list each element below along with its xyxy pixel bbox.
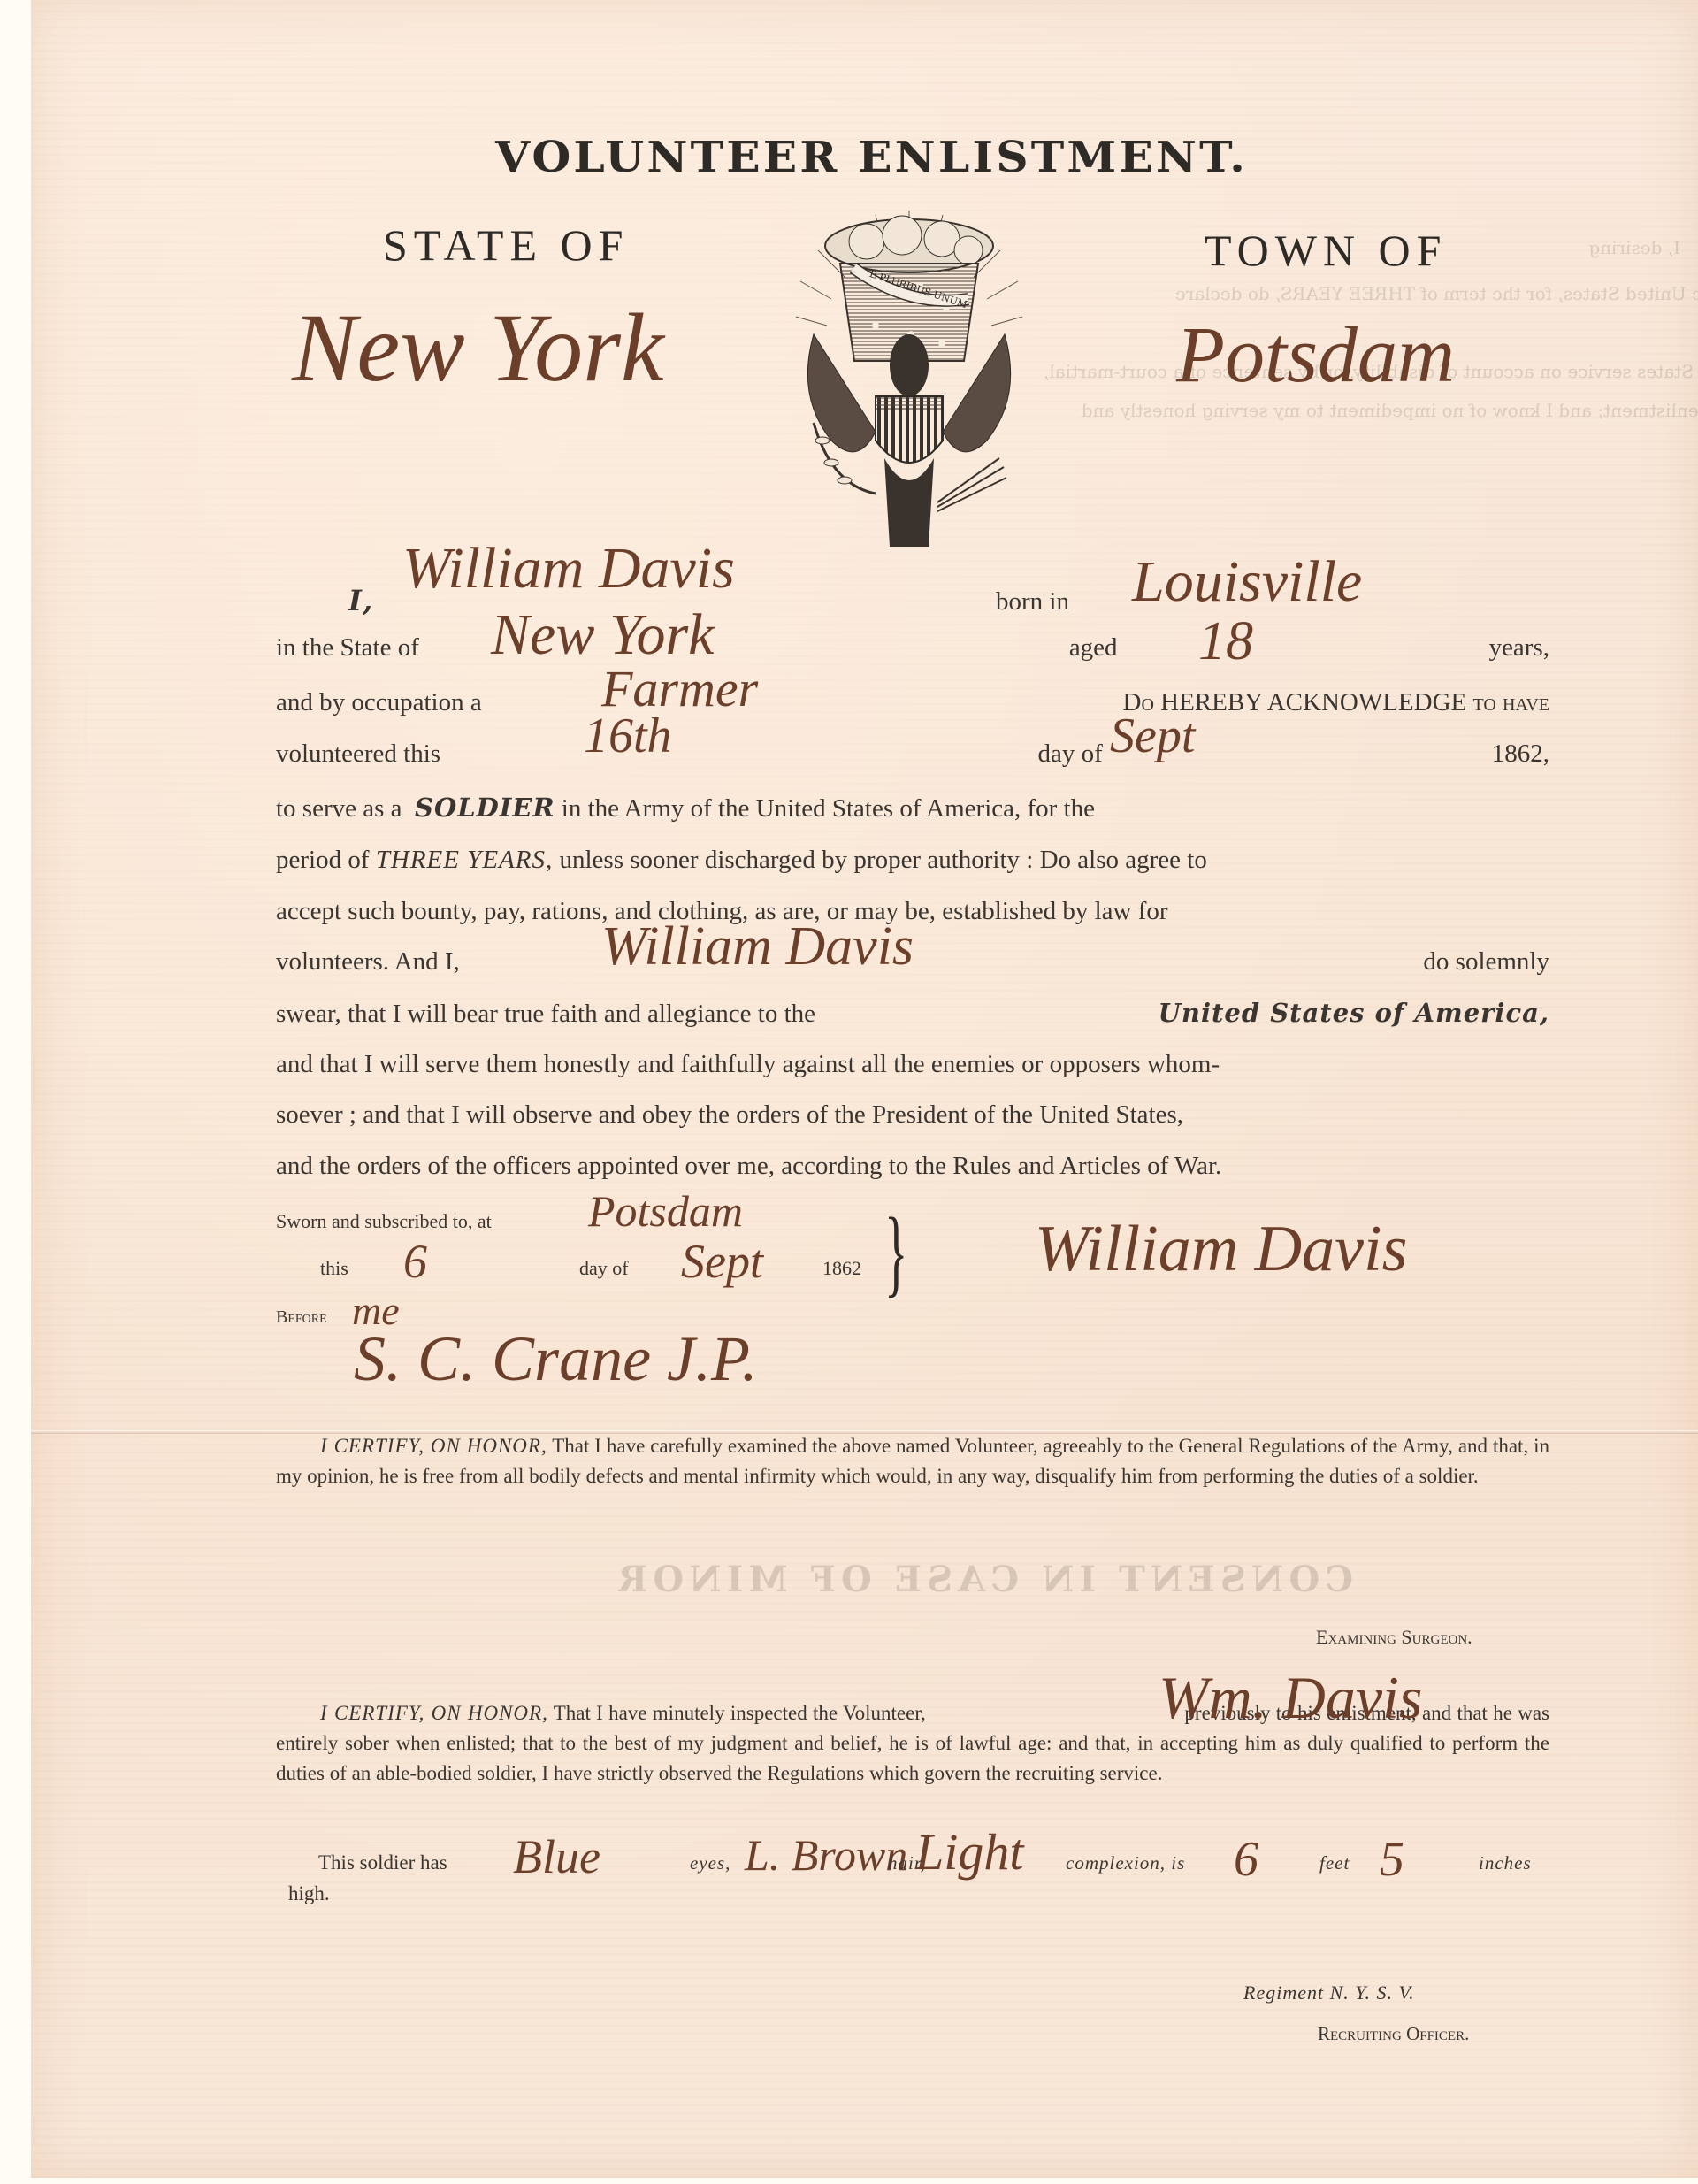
feet-label: feet <box>1319 1852 1350 1874</box>
body-line-6: and that I will serve them honestly and … <box>276 1046 1549 1082</box>
birthplace-handwritten: Louisville <box>1132 548 1362 616</box>
enlist-year: 1862, <box>1492 736 1549 771</box>
body-line-8: and the orders of the officers appointed… <box>276 1148 1549 1184</box>
volunteered-day-handwritten: 16th <box>584 708 672 764</box>
volunteer-name-recruiting-handwritten: Wm. Davis <box>1159 1663 1422 1733</box>
officiant-signature: S. C. Crane J.P. <box>354 1322 758 1396</box>
text: to serve as a <box>276 794 402 823</box>
text: volunteers. And I, <box>276 944 460 979</box>
sworn-place-handwritten: Potsdam <box>588 1185 743 1237</box>
body-line-7: soever ; and that I will observe and obe… <box>276 1097 1549 1132</box>
day-of-label: day of <box>1037 736 1102 771</box>
volunteer-signature: William Davis <box>1035 1212 1407 1287</box>
text: soever ; and that I will observe and obe… <box>276 1097 1183 1132</box>
text: period of <box>276 846 370 874</box>
text: in the Army of the United States of Amer… <box>562 794 1095 823</box>
age-handwritten: 18 <box>1198 610 1253 673</box>
state-label: STATE OF <box>383 219 629 271</box>
text: and that I will serve them honestly and … <box>276 1046 1220 1082</box>
text: do solemnly <box>1423 944 1549 979</box>
sworn-year: 1862 <box>822 1257 861 1280</box>
text: unless sooner discharged by proper autho… <box>560 846 1207 874</box>
text: swear, that I will bear true faith and a… <box>276 996 815 1031</box>
line-occupation: and by occupation a Do HEREBY ACKNOWLEDG… <box>276 685 1549 720</box>
eyes-label: eyes, <box>690 1852 730 1874</box>
volunteer-name-oath-handwritten: William Davis <box>601 916 914 978</box>
town-label: TOWN OF <box>1205 225 1447 276</box>
recruiting-cert-text-start: That I have minutely inspected the Volun… <box>554 1702 926 1724</box>
bleed-line: faithfully as a Soldier for three years. <box>1044 430 1698 469</box>
occupation-label: and by occupation a <box>276 685 482 720</box>
regiment-label: Regiment N. Y. S. V. <box>1243 1981 1415 2004</box>
volunteered-label: volunteered this <box>276 736 440 771</box>
before-label: Before <box>276 1307 327 1328</box>
line-state-age: in the State of aged years, <box>276 630 1549 665</box>
usa-emphasis: United States of America, <box>1159 995 1549 1031</box>
sworn-day-handwritten: 6 <box>403 1234 427 1289</box>
sworn-label: Sworn and subscribed to, at <box>276 1210 492 1233</box>
born-in-label: born in <box>996 587 1069 617</box>
oath-brace: } <box>884 1196 907 1308</box>
eyes-handwritten: Blue <box>513 1829 600 1884</box>
document-title: VOLUNTEER ENLISTMENT. <box>495 133 1248 182</box>
height-feet-handwritten: 6 <box>1234 1831 1258 1888</box>
three-years-emphasis: THREE YEARS, <box>376 846 554 874</box>
pronoun-i: I, <box>348 584 373 617</box>
state-of-label: in the State of <box>276 630 419 665</box>
sworn-month-handwritten: Sept <box>681 1234 763 1289</box>
recruiting-officer-label: Recruiting Officer. <box>1318 2023 1469 2045</box>
body-line-2: period of THREE YEARS, unless sooner dis… <box>276 842 1549 877</box>
bleed-line: to VOLUNTEER as a Soldier in the Army of… <box>1044 274 1698 313</box>
bleed-through-heading: CONSENT IN CASE OF MINOR <box>613 1559 1353 1600</box>
complexion-handwritten: Light <box>915 1822 1024 1881</box>
high-label: high. <box>288 1882 330 1905</box>
inches-label: inches <box>1479 1852 1532 1874</box>
recruiting-cert-lead: I CERTIFY, ON HONOR, <box>320 1702 548 1724</box>
body-line-1: to serve as a SOLDIER in the Army of the… <box>276 790 1549 826</box>
hair-handwritten: L. Brown <box>745 1829 907 1881</box>
body-line-5: swear, that I will bear true faith and a… <box>276 995 1549 1031</box>
soldier-emphasis: SOLDIER <box>415 793 555 823</box>
town-value-handwritten: Potsdam <box>1176 310 1455 401</box>
this-label: this <box>320 1257 348 1280</box>
volunteered-month-handwritten: Sept <box>1110 708 1195 764</box>
examining-surgeon-label: Examining Surgeon. <box>1316 1626 1472 1649</box>
height-inches-handwritten: 5 <box>1380 1831 1404 1888</box>
surgeon-cert-lead: I CERTIFY, ON HONOR, <box>320 1435 547 1457</box>
aged-label: aged <box>1069 630 1118 665</box>
volunteer-name-handwritten: William Davis <box>402 535 735 602</box>
surgeon-certificate: I CERTIFY, ON HONOR, That I have careful… <box>276 1431 1549 1491</box>
oath-day-of-label: day of <box>579 1257 629 1280</box>
description-label: This soldier has <box>318 1851 447 1874</box>
complexion-label: complexion, is <box>1066 1852 1185 1874</box>
text: and the orders of the officers appointed… <box>276 1148 1221 1184</box>
years-label: years, <box>1489 630 1549 665</box>
line-volunteered: volunteered this day of 1862, <box>276 736 1549 771</box>
state-value-handwritten: New York <box>292 292 664 404</box>
eagle-seal-icon: E PLURIBUS UNUM <box>778 202 1040 564</box>
